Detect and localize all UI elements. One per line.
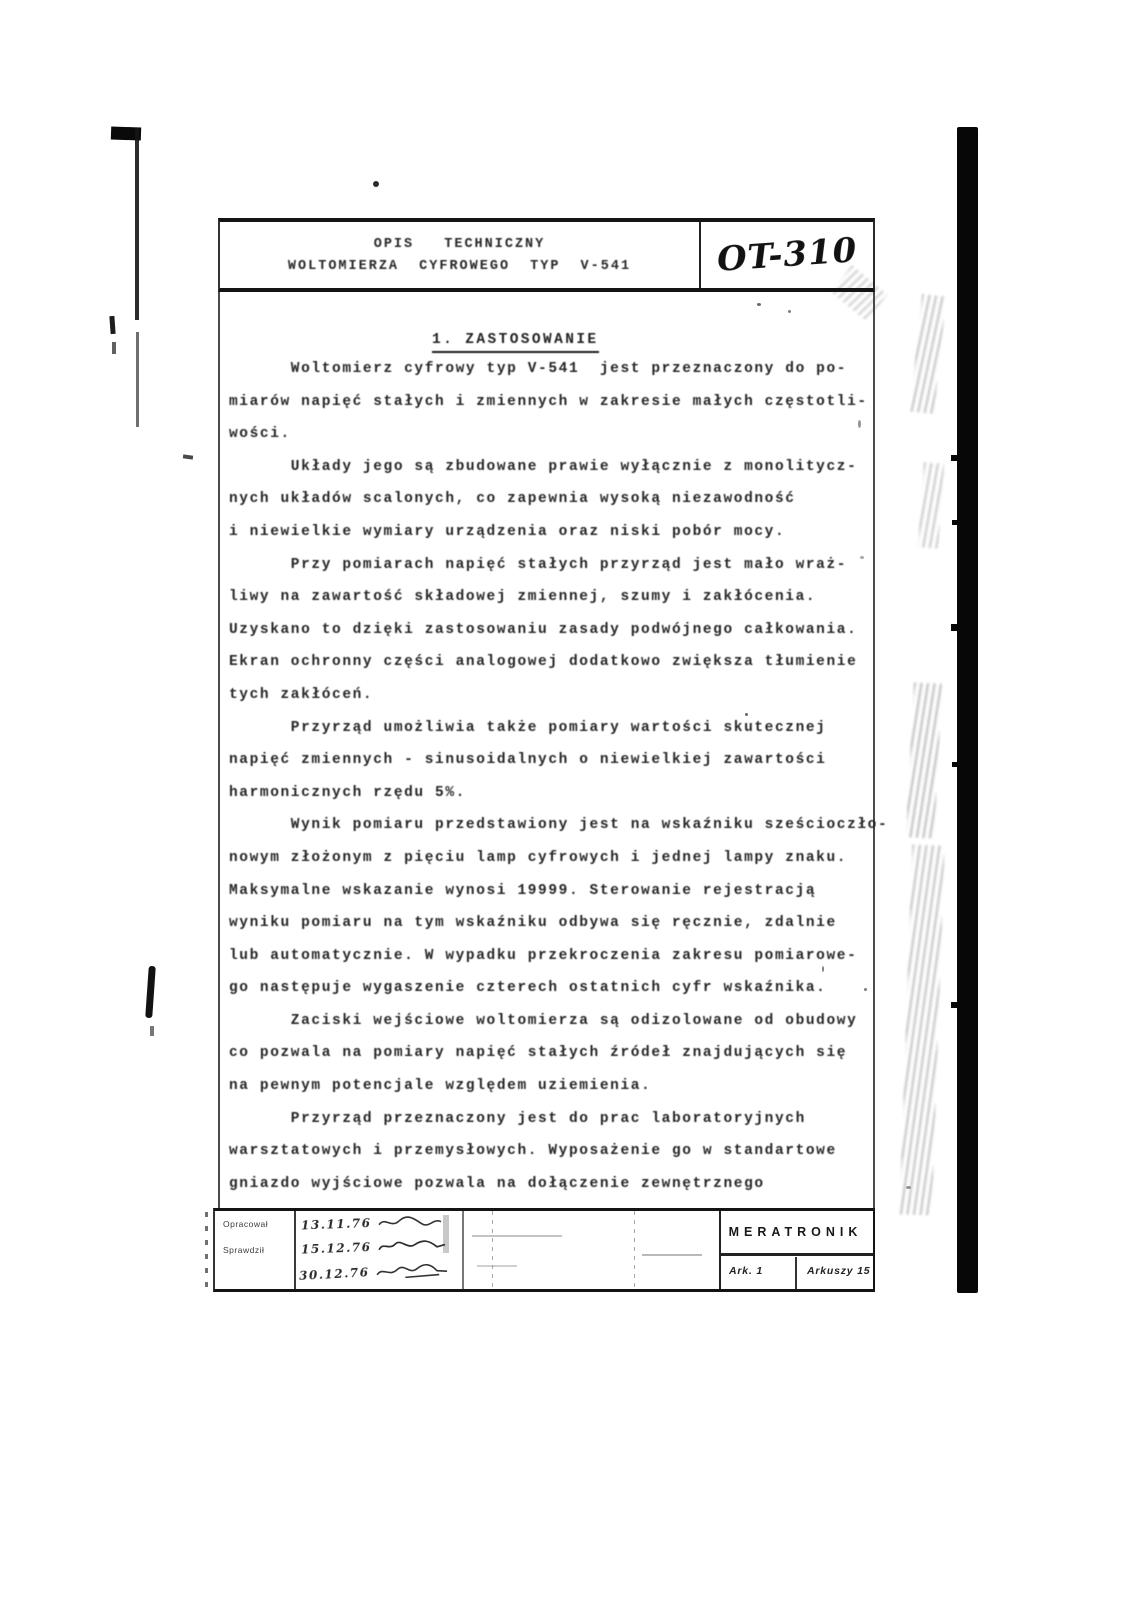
signature-row: 13.11.76 — [301, 1213, 444, 1234]
signature-date: 15.12.76 — [301, 1240, 372, 1256]
scan-smudge — [906, 682, 942, 838]
text-line: Układy jego są zbudowane prawie wyłączni… — [229, 459, 899, 492]
scan-speck — [788, 310, 791, 313]
scan-mark — [112, 342, 116, 354]
text-line: warsztatowych i przemysłowych. Wyposażen… — [229, 1143, 899, 1176]
text-line: Wynik pomiaru przedstawiony jest na wska… — [229, 817, 899, 850]
text-line: Przyrząd umożliwia także pomiary wartośc… — [229, 720, 899, 753]
scan-mark — [642, 1254, 702, 1256]
scan-smudge — [900, 845, 945, 1216]
text-line: Przyrząd przeznaczony jest do prac labor… — [229, 1111, 899, 1144]
sheets-total: Arkuszy 15 — [807, 1265, 870, 1277]
scan-smudge — [918, 462, 944, 548]
text-line: tych zakłóceń. — [229, 687, 899, 720]
signature-row: 15.12.76 — [301, 1236, 448, 1257]
scan-mark — [109, 316, 115, 334]
document-title-line2: WOLTOMIERZA CYFROWEGO TYP V-541 — [288, 259, 631, 274]
document-title-line1: OPIS TECHNICZNY — [374, 237, 546, 252]
table-divider — [719, 1253, 873, 1256]
signature-mark — [377, 1213, 444, 1231]
table-divider — [634, 1211, 635, 1289]
scan-mark — [477, 1265, 517, 1267]
scan-mark — [205, 1212, 208, 1288]
doc-code: OT-310 — [716, 230, 859, 280]
scanned-page: OPIS TECHNICZNY WOLTOMIERZA CYFROWEGO TY… — [0, 0, 1132, 1600]
text-line: i niewielkie wymiary urządzenia oraz nis… — [229, 524, 899, 557]
table-divider — [294, 1211, 296, 1289]
text-line: Maksymalne wskazanie wynosi 19999. Stero… — [229, 883, 899, 916]
scan-edge-line — [135, 128, 139, 320]
text-line: Przy pomiarach napięć stałych przyrząd j… — [229, 557, 899, 590]
text-line: na pewnym potencjale względem uziemienia… — [229, 1078, 899, 1111]
footer-title-block: Opracował Sprawdził 13.11.76 15.12.76 30… — [213, 1208, 875, 1292]
text-line: Woltomierz cyfrowy typ V-541 jest przezn… — [229, 361, 899, 394]
role-label-opracowal: Opracował — [223, 1219, 268, 1229]
scan-smudge — [910, 294, 946, 414]
scan-speck — [757, 303, 761, 306]
scan-speck — [906, 1186, 911, 1189]
scan-mark — [952, 520, 959, 525]
signature-mark — [377, 1236, 448, 1254]
table-divider — [492, 1211, 493, 1289]
scan-black-bar — [957, 127, 978, 1293]
scan-mark — [472, 1235, 562, 1237]
text-line: nych układów scalonych, co zapewnia wyso… — [229, 491, 899, 524]
text-line: Uzyskano to dzięki zastosowaniu zasady p… — [229, 622, 899, 655]
scan-mark — [145, 966, 156, 1018]
header-box: OPIS TECHNICZNY WOLTOMIERZA CYFROWEGO TY… — [218, 218, 875, 292]
section-heading: 1. ZASTOSOWANIE — [432, 332, 599, 353]
body-text: Woltomierz cyfrowy typ V-541 jest przezn… — [229, 361, 899, 1208]
doc-code-cell: OT-310 — [699, 222, 873, 288]
scan-speck — [373, 181, 379, 187]
text-line: liwy na zawartość składowej zmiennej, sz… — [229, 589, 899, 622]
scan-mark — [951, 1002, 959, 1008]
text-line: napięć zmiennych - sinusoidalnych o niew… — [229, 752, 899, 785]
sheet-number: Ark. 1 — [729, 1265, 763, 1277]
scan-edge-line — [136, 332, 139, 427]
scan-mark — [183, 454, 193, 459]
text-line: co pozwala na pomiary napięć stałych źró… — [229, 1045, 899, 1078]
scan-mark — [952, 762, 959, 767]
text-line: go następuje wygaszenie czterech ostatni… — [229, 980, 899, 1013]
table-divider — [795, 1257, 797, 1289]
signature-date: 30.12.76 — [299, 1265, 370, 1283]
text-line: lub automatycznie. W wypadku przekroczen… — [229, 948, 899, 981]
scan-mark — [150, 1026, 154, 1036]
table-divider — [462, 1211, 464, 1289]
text-line: wyniku pomiaru na tym wskaźniku odbywa s… — [229, 915, 899, 948]
text-line: miarów napięć stałych i zmiennych w zakr… — [229, 394, 899, 427]
signature-date: 13.11.76 — [301, 1216, 372, 1232]
text-line: nowym złożonym z pięciu lamp cyfrowych i… — [229, 850, 899, 883]
text-line: Zaciski wejściowe woltomierza są odizolo… — [229, 1013, 899, 1046]
company-name: MERATRONIK — [721, 1211, 870, 1253]
header-title-cell: OPIS TECHNICZNY WOLTOMIERZA CYFROWEGO TY… — [220, 222, 699, 288]
signature-mark — [375, 1259, 450, 1281]
signature-row: 30.12.76 — [299, 1259, 450, 1285]
role-label-sprawdzil: Sprawdził — [223, 1245, 264, 1255]
text-line: gniazdo wyjściowe pozwala na dołączenie … — [229, 1176, 899, 1209]
scan-mark — [951, 624, 959, 631]
page-border-left — [218, 292, 220, 1208]
text-line: Ekran ochronny części analogowej dodatko… — [229, 654, 899, 687]
text-line: harmonicznych rzędu 5%. — [229, 785, 899, 818]
scan-mark — [951, 455, 959, 461]
text-line: wości. — [229, 426, 899, 459]
